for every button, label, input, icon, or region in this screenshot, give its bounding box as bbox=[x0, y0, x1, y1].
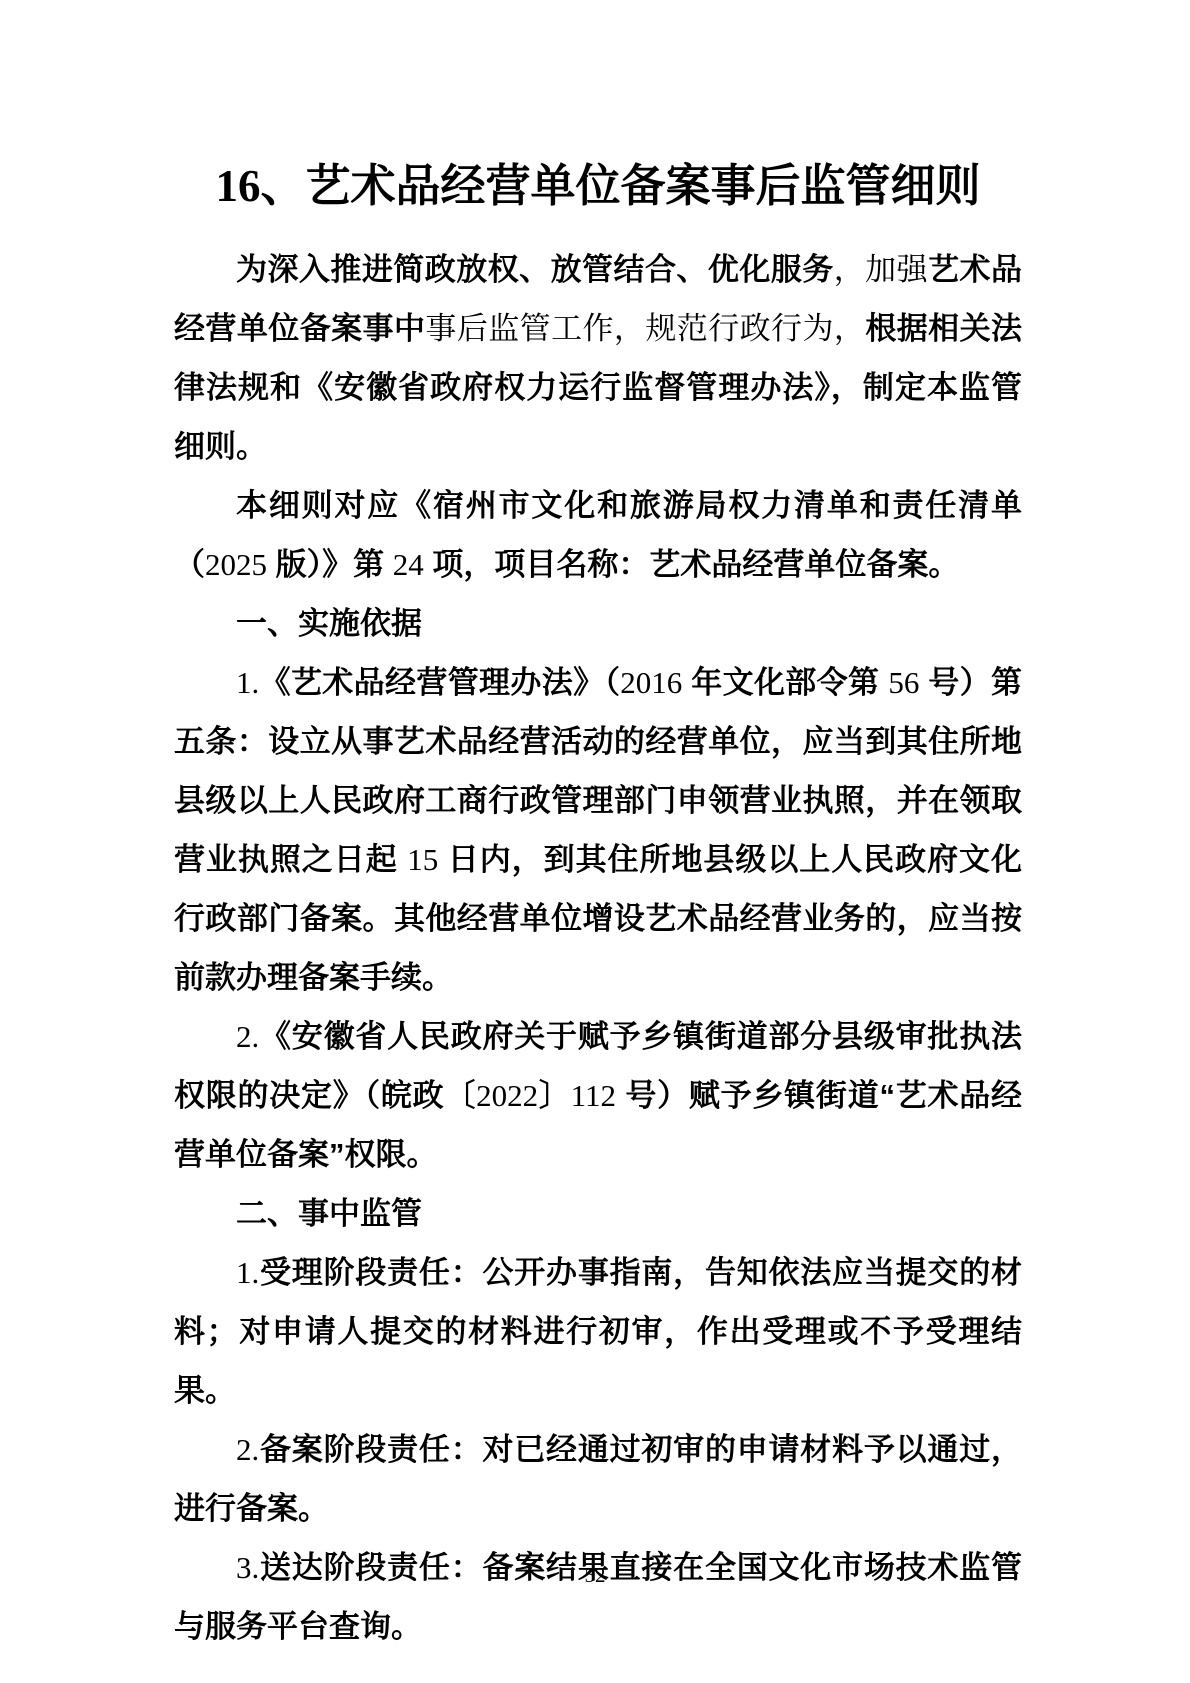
section-heading: 二、事中监管 bbox=[174, 1184, 1022, 1243]
numeral-text: 2016 bbox=[620, 665, 682, 700]
numeral-text: 2025 bbox=[205, 547, 267, 582]
text-segment: 2.备案阶段责任：对已经通过初审的申请材料予以通过，进行备案。 bbox=[174, 1432, 1022, 1526]
section-heading: 一、实施依据 bbox=[174, 594, 1022, 653]
paragraph: 2.《安徽省人民政府关于赋予乡镇街道部分县级审批执法权限的决定》（皖政〔2022… bbox=[174, 1007, 1022, 1184]
text-segment: 二、事中监管 bbox=[236, 1196, 422, 1231]
numeral-text: 1. bbox=[236, 1255, 259, 1290]
kaiti-text-segment: ，加强 bbox=[834, 252, 928, 287]
document-page: 16、艺术品经营单位备案事后监管细则 为深入推进简政放权、放管结合、优化服务，加… bbox=[0, 0, 1190, 1683]
paragraph: 1.受理阶段责任：公开办事指南，告知依法应当提交的材料；对申请人提交的材料进行初… bbox=[174, 1243, 1022, 1420]
numeral-text: 15 bbox=[407, 842, 438, 877]
paragraph: 1.《艺术品经营管理办法》（2016 年文化部令第 56 号）第五条：设立从事艺… bbox=[174, 653, 1022, 1007]
document-title: 16、艺术品经营单位备案事后监管细则 bbox=[174, 148, 1022, 224]
numeral-text: 1. bbox=[236, 665, 259, 700]
document-content: 16、艺术品经营单位备案事后监管细则 为深入推进简政放权、放管结合、优化服务，加… bbox=[174, 148, 1022, 1656]
numeral-text: 24 bbox=[393, 547, 424, 582]
numeral-text: 2022 bbox=[476, 1078, 538, 1113]
text-segment: 1.《艺术品经营管理办法》（2016 年文化部令第 56 号）第五条：设立从事艺… bbox=[174, 665, 1022, 995]
document-body: 为深入推进简政放权、放管结合、优化服务，加强艺术品经营单位备案事中事后监管工作，… bbox=[174, 240, 1022, 1656]
kaiti-text-segment: 事后监管工作，规范行政行为， bbox=[425, 311, 865, 346]
numeral-text: 56 bbox=[888, 665, 919, 700]
text-segment: 一、实施依据 bbox=[236, 606, 422, 641]
text-segment: 为深入推进简政放权、放管结合、优化服务 bbox=[236, 252, 834, 287]
text-segment: 1.受理阶段责任：公开办事指南，告知依法应当提交的材料；对申请人提交的材料进行初… bbox=[174, 1255, 1022, 1408]
paragraph: 3.送达阶段责任：备案结果直接在全国文化市场技术监管与服务平台查询。 bbox=[174, 1538, 1022, 1656]
numeral-text: 2. bbox=[236, 1432, 259, 1467]
paragraph: 为深入推进简政放权、放管结合、优化服务，加强艺术品经营单位备案事中事后监管工作，… bbox=[174, 240, 1022, 476]
numeral-text: 112 bbox=[571, 1078, 616, 1113]
numeral-text: 2. bbox=[236, 1019, 259, 1054]
text-segment: 本细则对应《宿州市文化和旅游局权力清单和责任清单（2025 版）》第 24 项，… bbox=[174, 488, 1022, 582]
paragraph: 2.备案阶段责任：对已经通过初审的申请材料予以通过，进行备案。 bbox=[174, 1420, 1022, 1538]
page-number: 52 bbox=[0, 1563, 1190, 1588]
text-segment: 2.《安徽省人民政府关于赋予乡镇街道部分县级审批执法权限的决定》（皖政〔2022… bbox=[174, 1019, 1022, 1172]
paragraph: 本细则对应《宿州市文化和旅游局权力清单和责任清单（2025 版）》第 24 项，… bbox=[174, 476, 1022, 594]
